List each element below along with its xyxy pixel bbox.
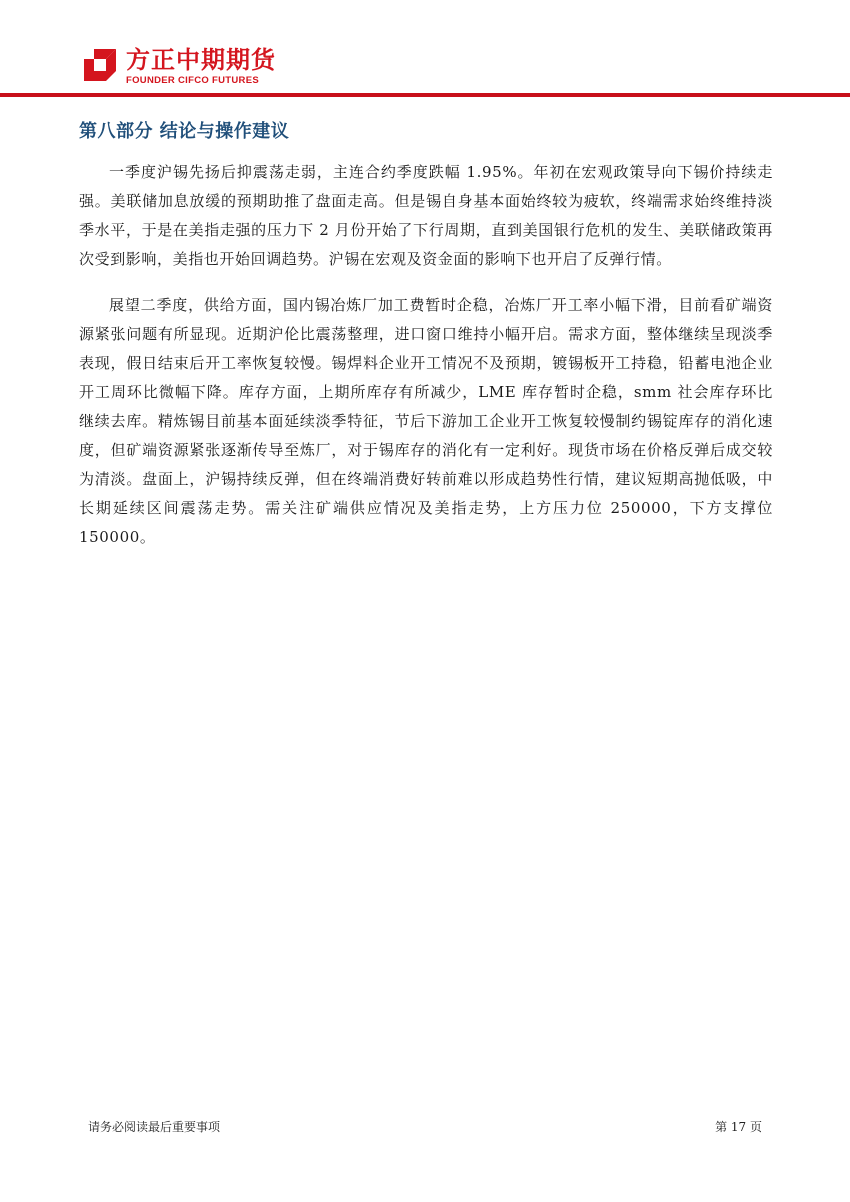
section-title: 第八部分 结论与操作建议 bbox=[79, 118, 773, 146]
page-number: 第 17 页 bbox=[715, 1118, 762, 1135]
logo-english-name: FOUNDER CIFCO FUTURES bbox=[126, 75, 276, 86]
header-divider bbox=[0, 93, 850, 97]
paragraph-q1-review: 一季度沪锡先扬后抑震荡走弱，主连合约季度跌幅 1.95%。年初在宏观政策导向下锡… bbox=[79, 158, 773, 274]
footer-disclaimer: 请务必阅读最后重要事项 bbox=[88, 1118, 220, 1135]
company-logo: 方正中期期货 FOUNDER CIFCO FUTURES bbox=[82, 47, 276, 86]
page-content: 第八部分 结论与操作建议 一季度沪锡先扬后抑震荡走弱，主连合约季度跌幅 1.95… bbox=[79, 118, 773, 569]
paragraph-q2-outlook: 展望二季度，供给方面，国内锡冶炼厂加工费暂时企稳，冶炼厂开工率小幅下滑，目前看矿… bbox=[79, 291, 773, 552]
page-header: 方正中期期货 FOUNDER CIFCO FUTURES bbox=[0, 0, 850, 100]
founder-logo-icon bbox=[82, 47, 118, 83]
page-footer: 请务必阅读最后重要事项 第 17 页 bbox=[88, 1118, 762, 1135]
logo-chinese-name: 方正中期期货 bbox=[126, 47, 276, 73]
